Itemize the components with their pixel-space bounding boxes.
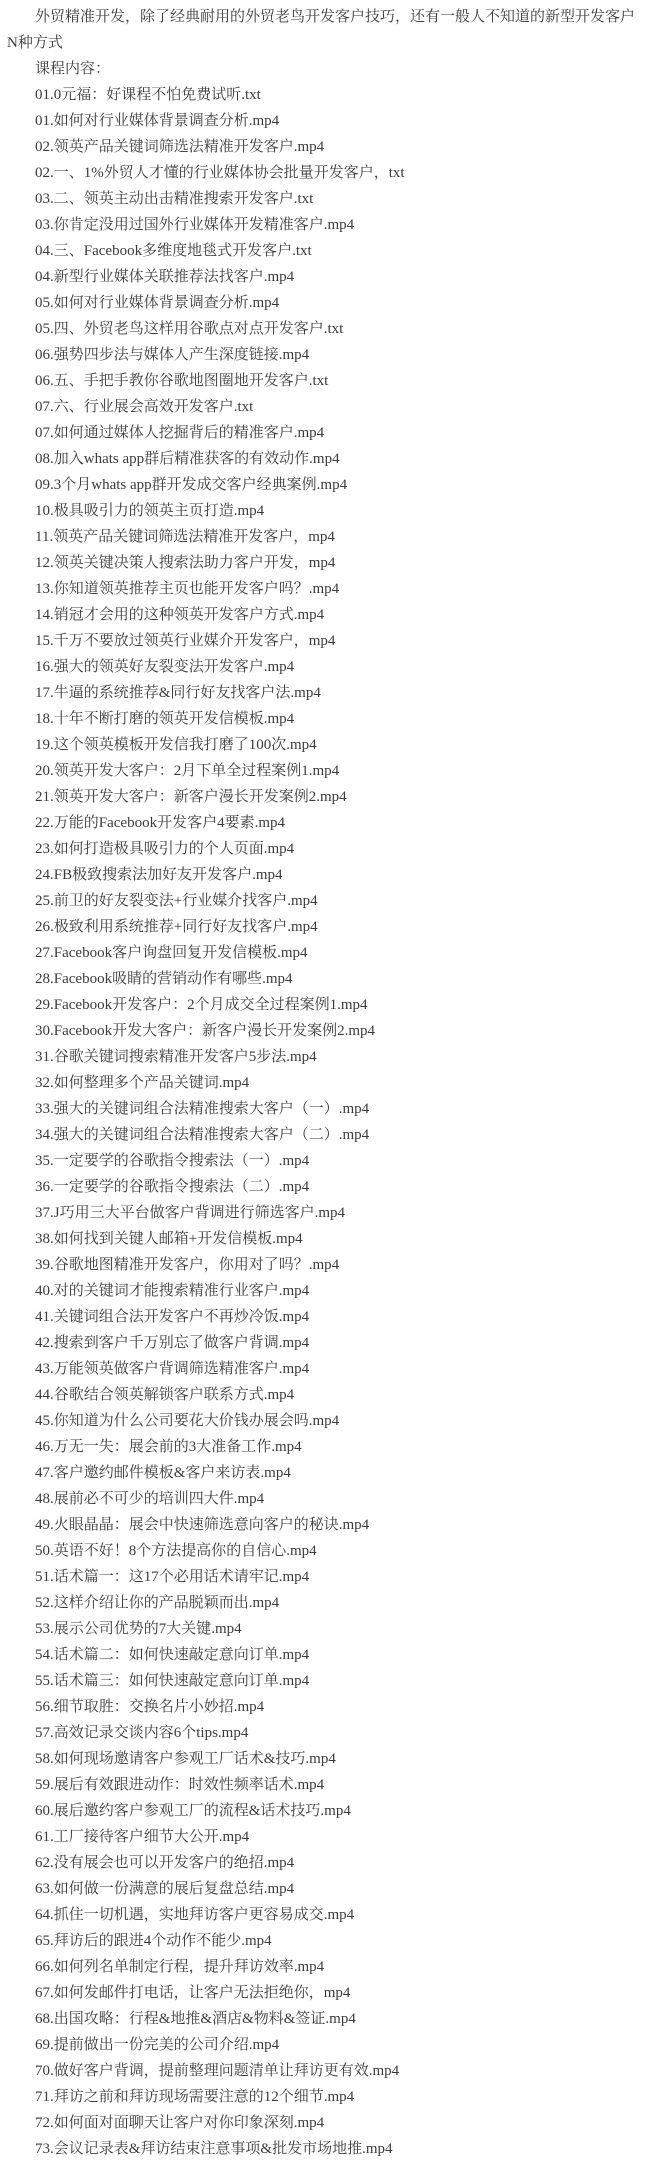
list-item: 17.牛逼的系统推荐&同行好友找客户法.mp4 (7, 680, 642, 706)
list-item: 08.加入whats app群后精准获客的有效动作.mp4 (7, 446, 642, 472)
list-item: 01.0元福：好课程不怕免费试听.txt (7, 82, 642, 108)
list-item: 12.领英关键决策人搜索法助力客户开发，mp4 (7, 550, 642, 576)
list-item: 18.十年不断打磨的领英开发信模板.mp4 (7, 706, 642, 732)
list-item: 21.领英开发大客户：新客户漫长开发案例2.mp4 (7, 784, 642, 810)
list-item: 01.如何对行业媒体背景调查分析.mp4 (7, 108, 642, 134)
course-file-list: 01.0元福：好课程不怕免费试听.txt01.如何对行业媒体背景调查分析.mp4… (7, 82, 642, 2162)
list-item: 04.三、Facebook多维度地毯式开发客户.txt (7, 238, 642, 264)
list-item: 32.如何整理多个产品关键词.mp4 (7, 1070, 642, 1096)
list-item: 60.展后邀约客户参观工厂的流程&话术技巧.mp4 (7, 1798, 642, 1824)
list-item: 29.Facebook开发客户：2个月成交全过程案例1.mp4 (7, 992, 642, 1018)
list-item: 66.如何列名单制定行程，提升拜访效率.mp4 (7, 1954, 642, 1980)
list-item: 16.强大的领英好友裂变法开发客户.mp4 (7, 654, 642, 680)
list-item: 06.强势四步法与媒体人产生深度链接.mp4 (7, 342, 642, 368)
list-item: 15.千万不要放过领英行业媒介开发客户，mp4 (7, 628, 642, 654)
list-item: 62.没有展会也可以开发客户的绝招.mp4 (7, 1850, 642, 1876)
section-label: 课程内容： (7, 56, 642, 82)
list-item: 48.展前必不可少的培训四大件.mp4 (7, 1486, 642, 1512)
list-item: 43.万能领英做客户背调筛选精准客户.mp4 (7, 1356, 642, 1382)
list-item: 41.关键词组合法开发客户不再炒冷饭.mp4 (7, 1304, 642, 1330)
list-item: 30.Facebook开发大客户：新客户漫长开发案例2.mp4 (7, 1018, 642, 1044)
list-item: 35.一定要学的谷歌指令搜索法（一）.mp4 (7, 1148, 642, 1174)
list-item: 05.如何对行业媒体背景调查分析.mp4 (7, 290, 642, 316)
list-item: 38.如何找到关键人邮箱+开发信模板.mp4 (7, 1226, 642, 1252)
list-item: 13.你知道领英推荐主页也能开发客户吗？.mp4 (7, 576, 642, 602)
list-item: 03.你肯定没用过国外行业媒体开发精准客户.mp4 (7, 212, 642, 238)
list-item: 68.出国攻略：行程&地推&酒店&物料&签证.mp4 (7, 2006, 642, 2032)
list-item: 09.3个月whats app群开发成交客户经典案例.mp4 (7, 472, 642, 498)
list-item: 46.万无一失：展会前的3大准备工作.mp4 (7, 1434, 642, 1460)
list-item: 20.领英开发大客户：2月下单全过程案例1.mp4 (7, 758, 642, 784)
list-item: 67.如何发邮件打电话，让客户无法拒绝你，mp4 (7, 1980, 642, 2006)
list-item: 70.做好客户背调，提前整理问题清单让拜访更有效.mp4 (7, 2058, 642, 2084)
list-item: 50.英语不好！8个方法提高你的自信心.mp4 (7, 1538, 642, 1564)
list-item: 06.五、手把手教你谷歌地图圈地开发客户.txt (7, 368, 642, 394)
list-item: 58.如何现场邀请客户参观工厂话术&技巧.mp4 (7, 1746, 642, 1772)
list-item: 49.火眼晶晶：展会中快速筛选意向客户的秘诀.mp4 (7, 1512, 642, 1538)
list-item: 19.这个领英模板开发信我打磨了100次.mp4 (7, 732, 642, 758)
list-item: 27.Facebook客户询盘回复开发信模板.mp4 (7, 940, 642, 966)
intro-paragraph: 外贸精准开发，除了经典耐用的外贸老鸟开发客户技巧，还有一般人不知道的新型开发客户… (7, 4, 642, 56)
list-item: 51.话术篇一：这17个必用话术请牢记.mp4 (7, 1564, 642, 1590)
list-item: 28.Facebook吸睛的营销动作有哪些.mp4 (7, 966, 642, 992)
list-item: 72.如何面对面聊天让客户对你印象深刻.mp4 (7, 2110, 642, 2136)
list-item: 03.二、领英主动出击精准搜索开发客户.txt (7, 186, 642, 212)
list-item: 07.六、行业展会高效开发客户.txt (7, 394, 642, 420)
list-item: 52.这样介绍让你的产品脱颖而出.mp4 (7, 1590, 642, 1616)
list-item: 05.四、外贸老鸟这样用谷歌点对点开发客户.txt (7, 316, 642, 342)
list-item: 02.领英产品关键词筛选法精准开发客户.mp4 (7, 134, 642, 160)
list-item: 55.话术篇三：如何快速敲定意向订单.mp4 (7, 1668, 642, 1694)
list-item: 57.高效记录交谈内容6个tips.mp4 (7, 1720, 642, 1746)
list-item: 22.万能的Facebook开发客户4要素.mp4 (7, 810, 642, 836)
list-item: 61.工厂接待客户细节大公开.mp4 (7, 1824, 642, 1850)
list-item: 59.展后有效跟进动作：时效性频率话术.mp4 (7, 1772, 642, 1798)
list-item: 25.前卫的好友裂变法+行业媒介找客户.mp4 (7, 888, 642, 914)
list-item: 53.展示公司优势的7大关键.mp4 (7, 1616, 642, 1642)
list-item: 71.拜访之前和拜访现场需要注意的12个细节.mp4 (7, 2084, 642, 2110)
list-item: 63.如何做一份满意的展后复盘总结.mp4 (7, 1876, 642, 1902)
list-item: 44.谷歌结合领英解锁客户联系方式.mp4 (7, 1382, 642, 1408)
list-item: 69.提前做出一份完美的公司介绍.mp4 (7, 2032, 642, 2058)
list-item: 23.如何打造极具吸引力的个人页面.mp4 (7, 836, 642, 862)
list-item: 45.你知道为什么公司要花大价钱办展会吗.mp4 (7, 1408, 642, 1434)
list-item: 73.会议记录表&拜访结束注意事项&批发市场地推.mp4 (7, 2136, 642, 2162)
course-description-document: 外贸精准开发，除了经典耐用的外贸老鸟开发客户技巧，还有一般人不知道的新型开发客户… (0, 0, 650, 2176)
list-item: 10.极具吸引力的领英主页打造.mp4 (7, 498, 642, 524)
list-item: 40.对的关键词才能搜索精准行业客户.mp4 (7, 1278, 642, 1304)
list-item: 24.FB极致搜索法加好友开发客户.mp4 (7, 862, 642, 888)
list-item: 56.细节取胜：交换名片小妙招.mp4 (7, 1694, 642, 1720)
list-item: 37.J巧用三大平台做客户背调进行筛选客户.mp4 (7, 1200, 642, 1226)
list-item: 11.领英产品关键词筛选法精准开发客户，mp4 (7, 524, 642, 550)
list-item: 54.话术篇二：如何快速敲定意向订单.mp4 (7, 1642, 642, 1668)
list-item: 47.客户邀约邮件模板&客户来访表.mp4 (7, 1460, 642, 1486)
list-item: 02.一、1%外贸人才懂的行业媒体协会批量开发客户，txt (7, 160, 642, 186)
list-item: 34.强大的关键词组合法精准搜索大客户（二）.mp4 (7, 1122, 642, 1148)
list-item: 64.抓住一切机遇，实地拜访客户更容易成交.mp4 (7, 1902, 642, 1928)
list-item: 33.强大的关键词组合法精准搜索大客户（一）.mp4 (7, 1096, 642, 1122)
list-item: 65.拜访后的跟进4个动作不能少.mp4 (7, 1928, 642, 1954)
list-item: 36.一定要学的谷歌指令搜索法（二）.mp4 (7, 1174, 642, 1200)
list-item: 04.新型行业媒体关联推荐法找客户.mp4 (7, 264, 642, 290)
list-item: 39.谷歌地图精准开发客户，你用对了吗？.mp4 (7, 1252, 642, 1278)
list-item: 07.如何通过媒体人挖掘背后的精准客户.mp4 (7, 420, 642, 446)
list-item: 31.谷歌关键词搜索精准开发客户5步法.mp4 (7, 1044, 642, 1070)
list-item: 14.销冠才会用的这种领英开发客户方式.mp4 (7, 602, 642, 628)
list-item: 26.极致利用系统推荐+同行好友找客户.mp4 (7, 914, 642, 940)
list-item: 42.搜索到客户千万别忘了做客户背调.mp4 (7, 1330, 642, 1356)
